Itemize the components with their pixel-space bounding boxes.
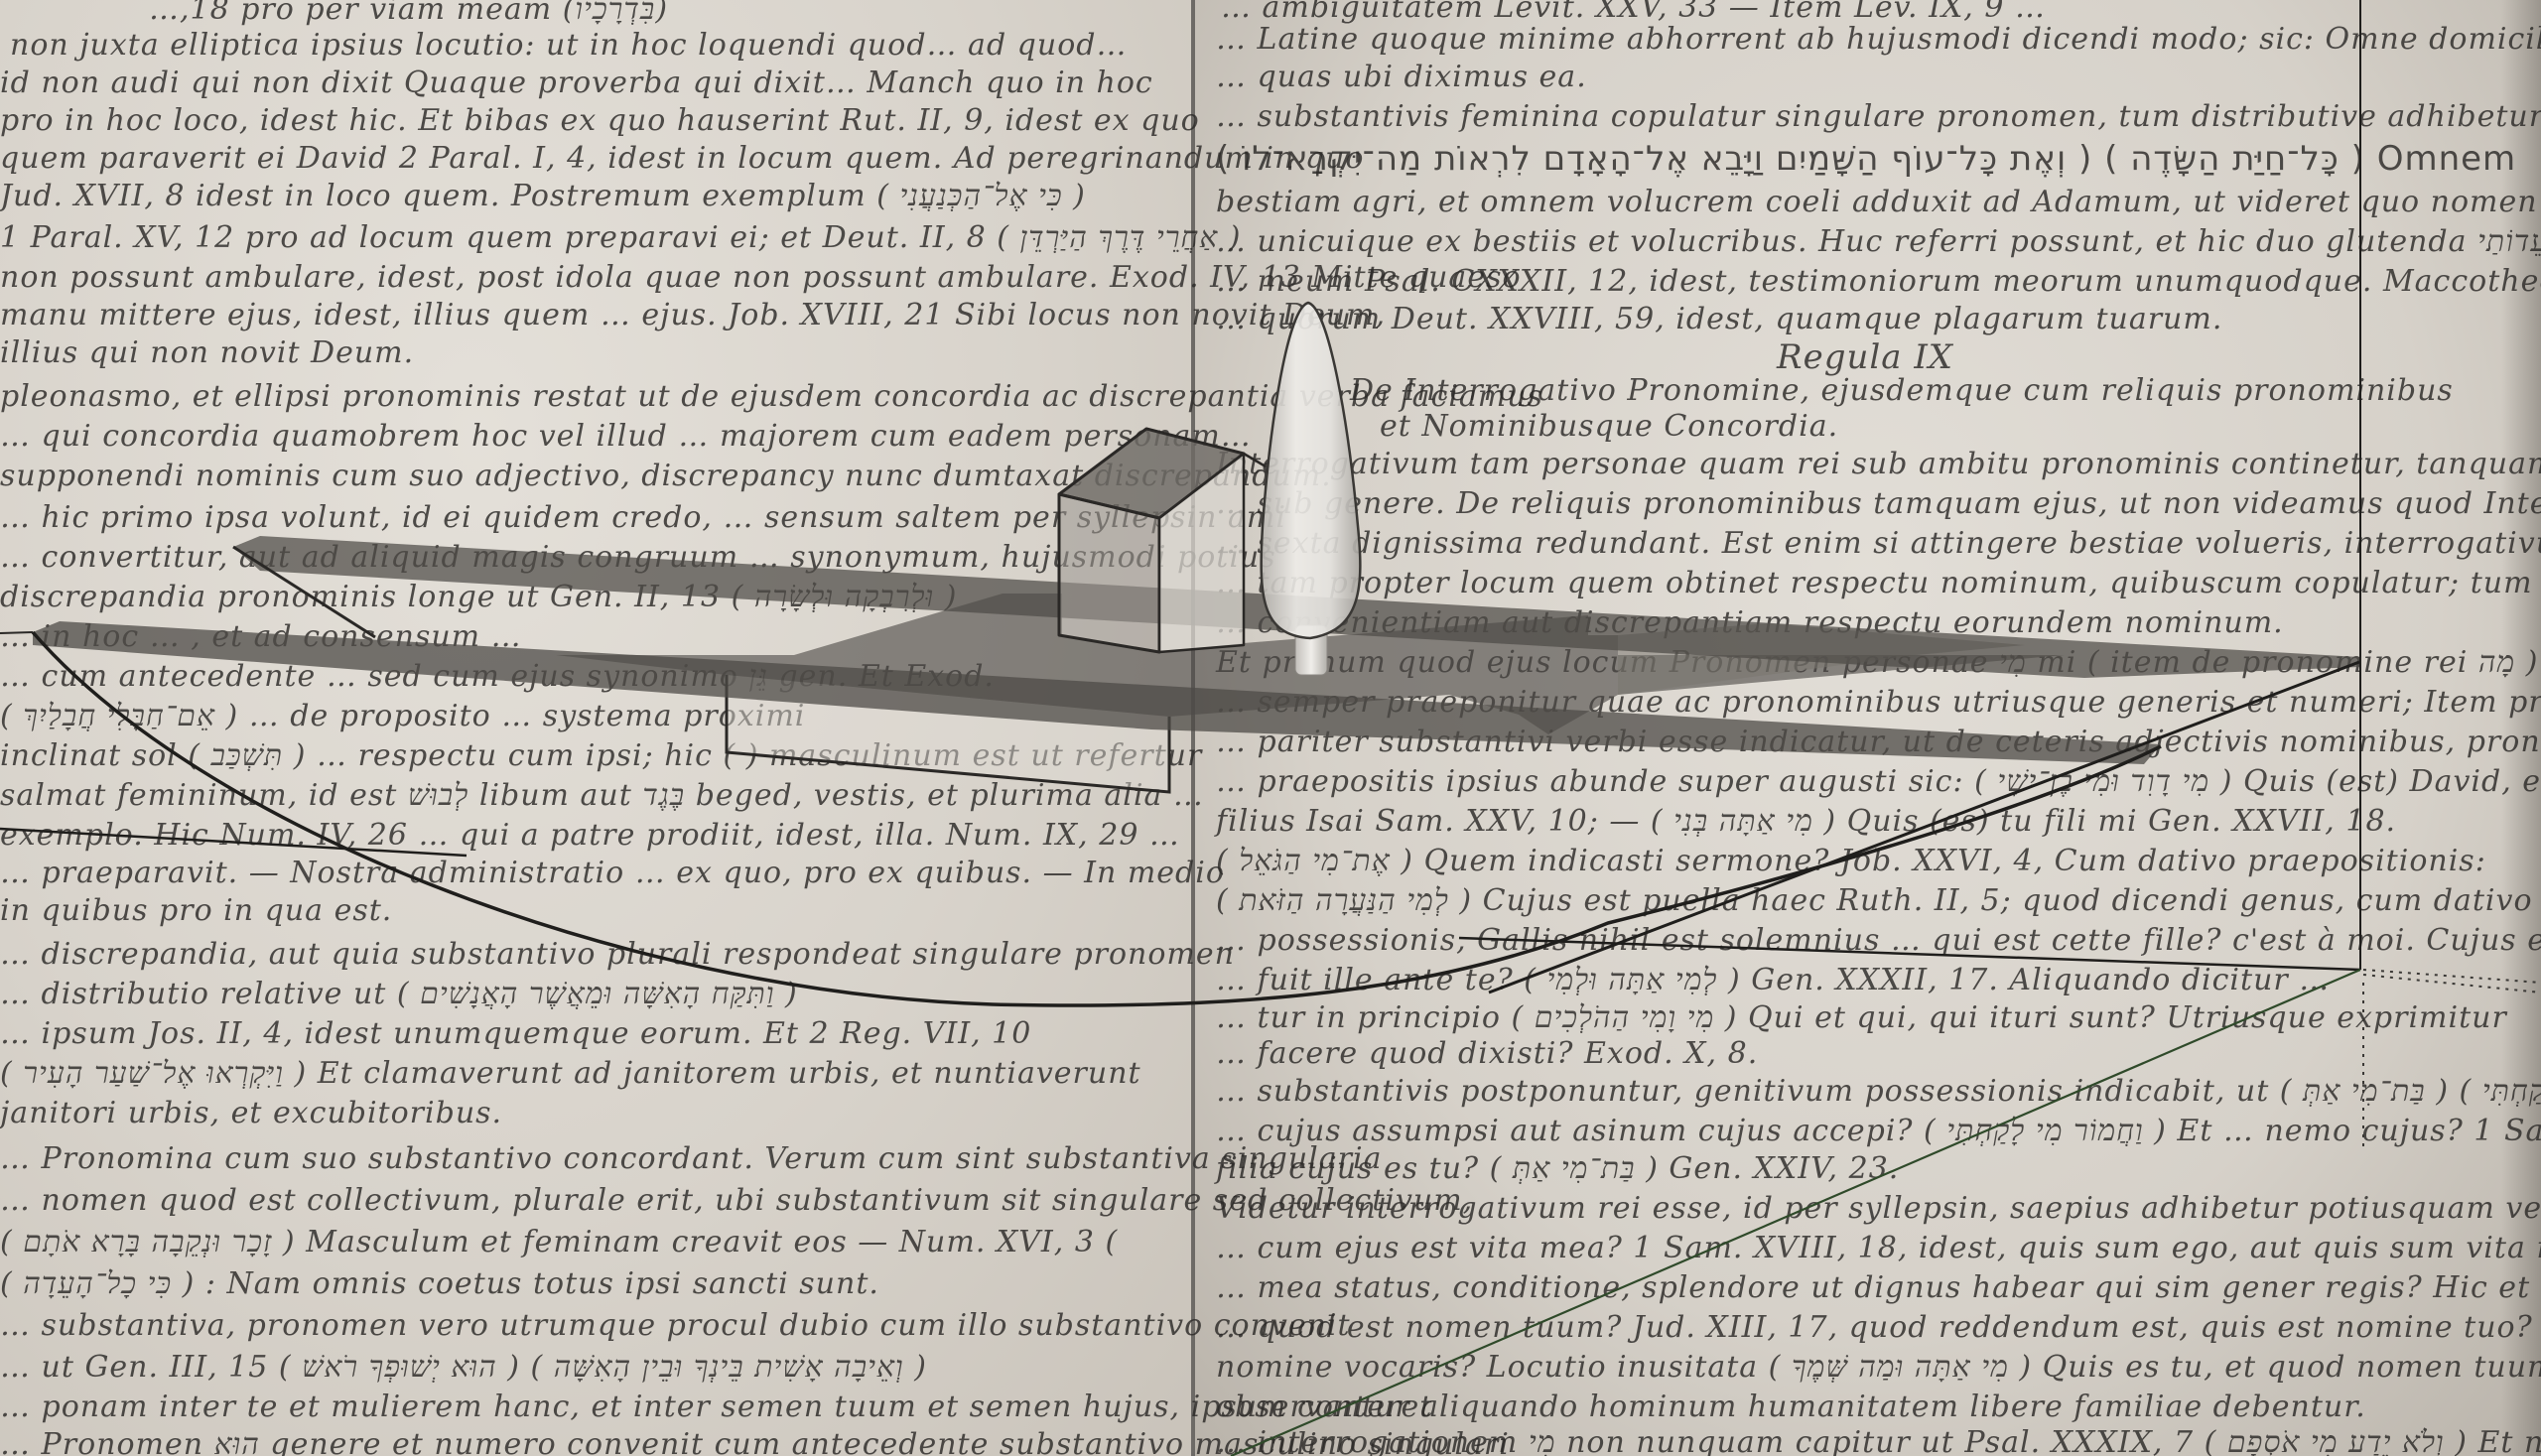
geometric-overlay: [0, 0, 2541, 1456]
manuscript-artwork: …,18 pro per viam meam (בִּדְרָכָיו) non…: [0, 0, 2541, 1456]
dotted-guide-line: [2363, 970, 2541, 1151]
tree: [1262, 303, 1361, 675]
inner-line-left: [0, 829, 467, 856]
green-diagonal-line: [1231, 970, 2360, 1456]
house: [1059, 429, 1266, 652]
